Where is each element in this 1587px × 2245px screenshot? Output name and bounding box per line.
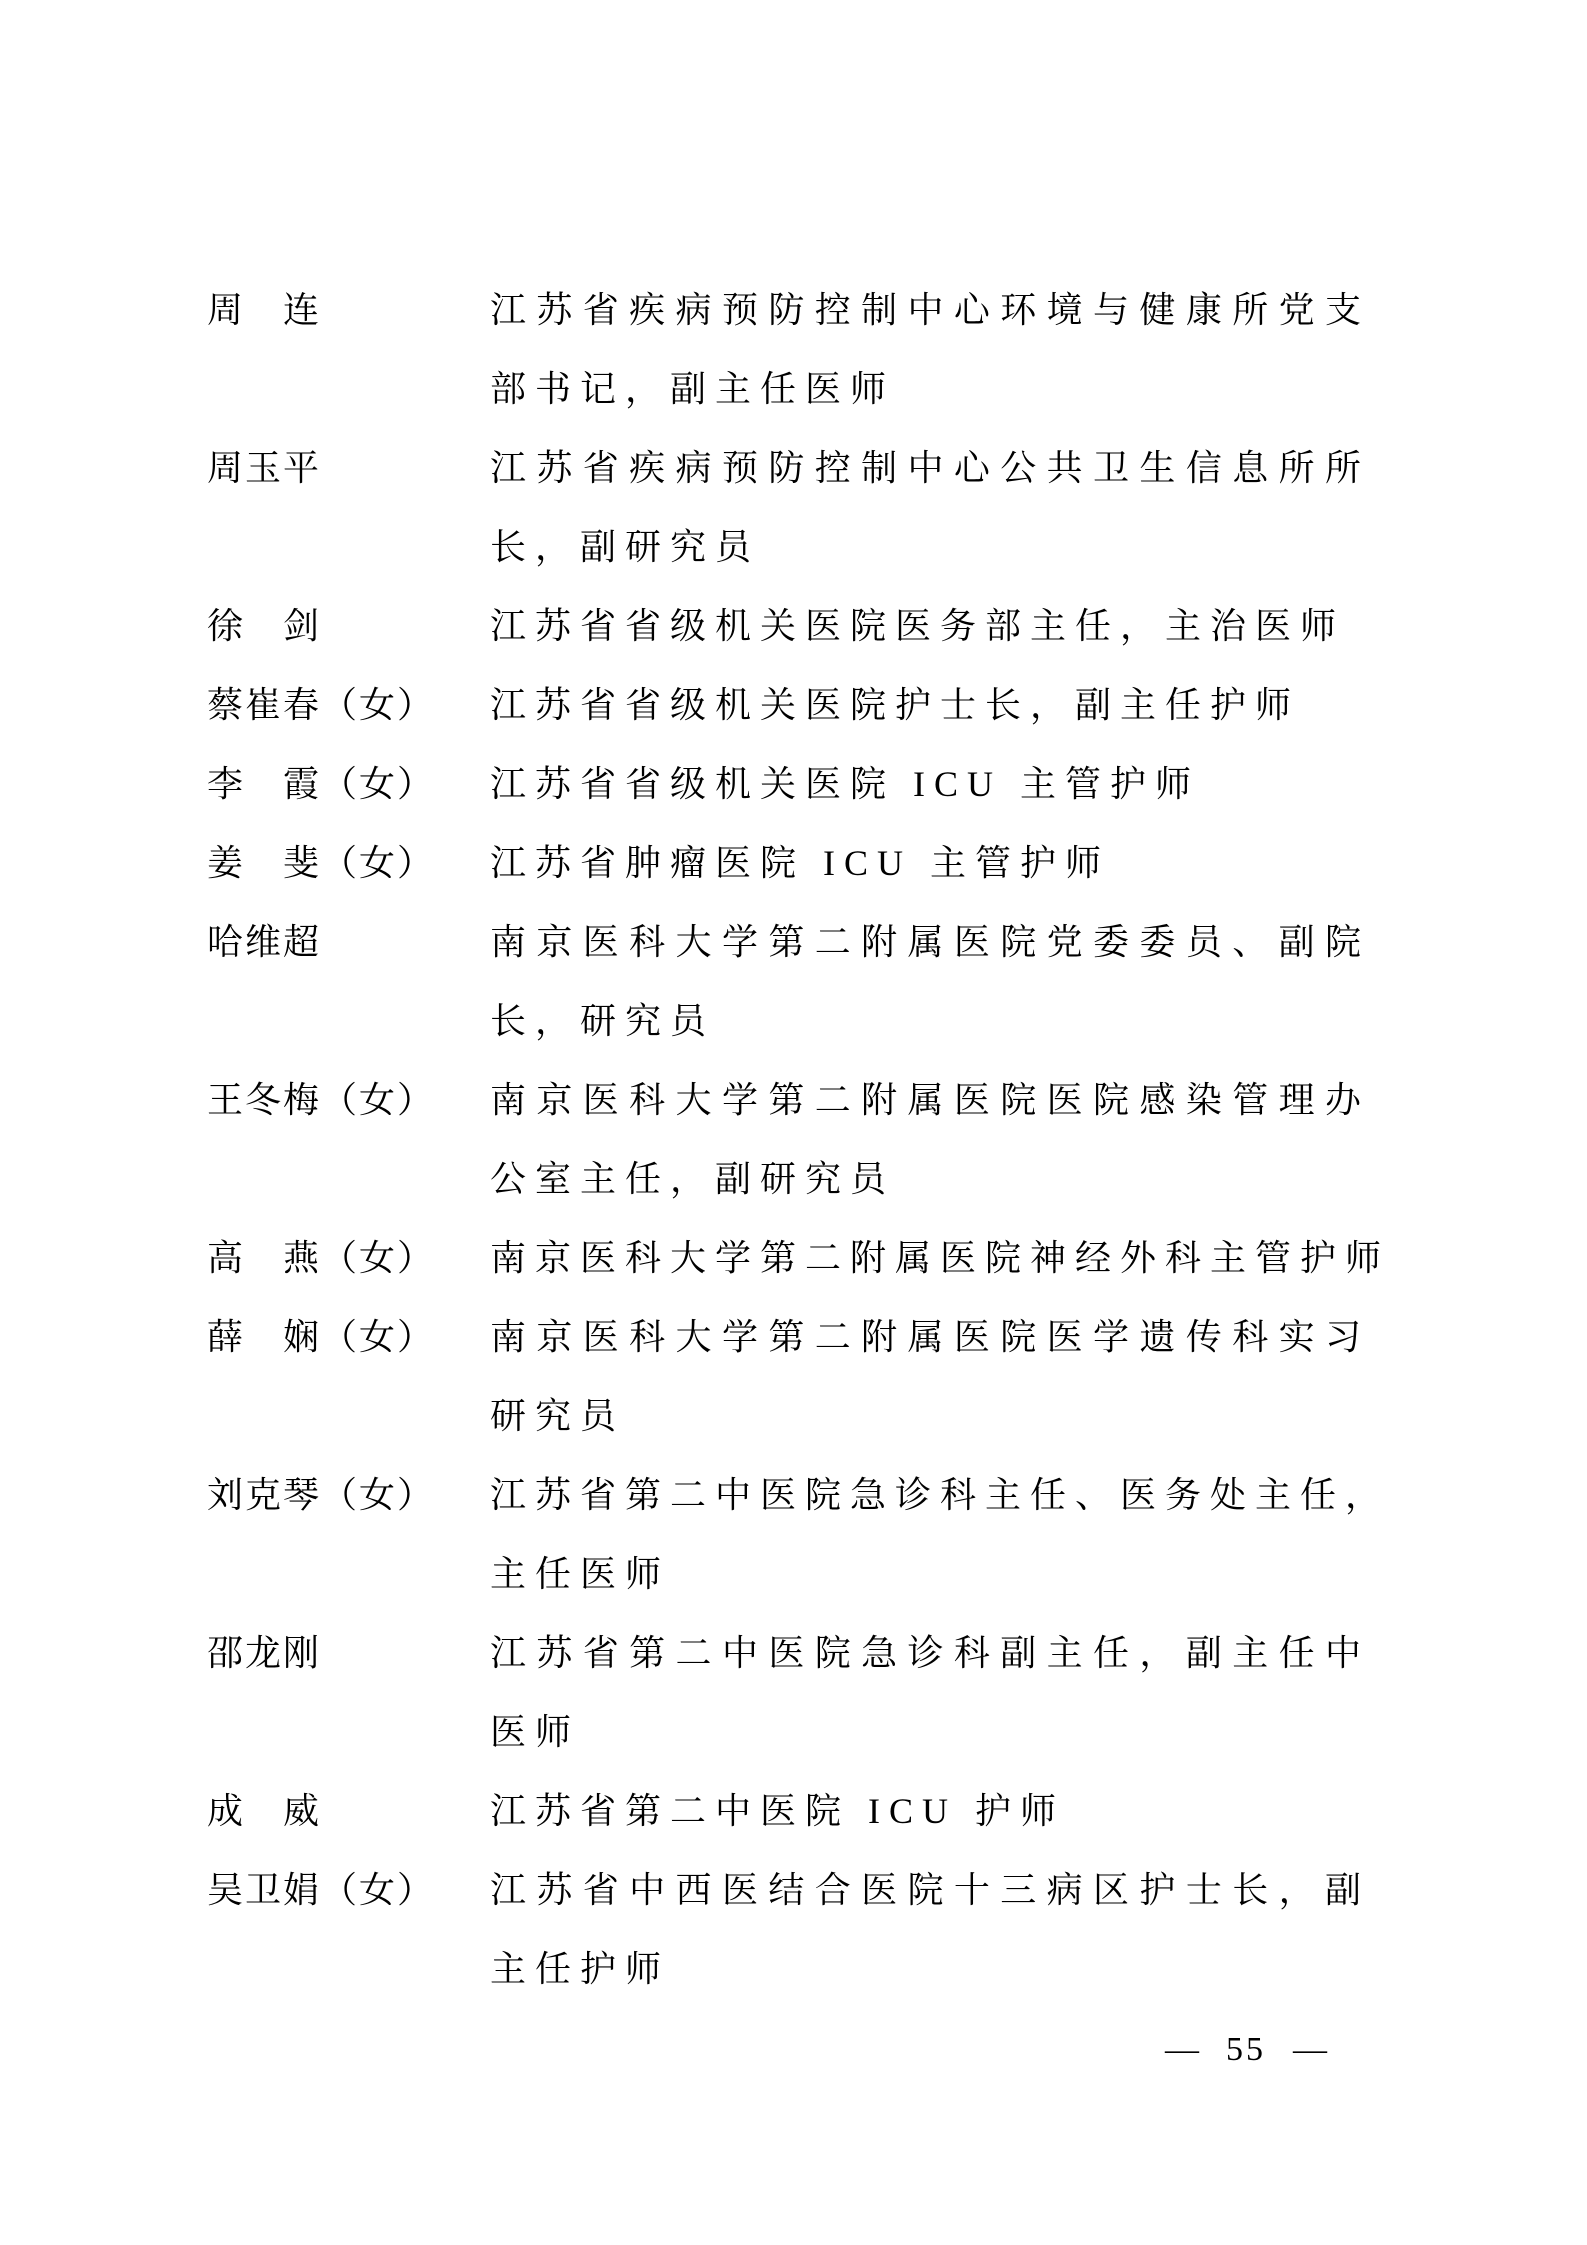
page-number-dash-left: — [1165,2028,1199,2072]
person-title-line: 江苏省第二中医院急诊科主任、医务处主任， [490,1456,1370,1535]
person-title-line: 南京医科大学第二附属医院医学遗传科实习 [490,1298,1370,1377]
person-name: 高 燕（女） [207,1219,490,1298]
person-title-line: 研究员 [490,1377,1370,1456]
list-item: 徐 剑 江苏省省级机关医院医务部主任，主治医师 [207,587,1407,666]
list-item: 吴卫娟（女） 江苏省中西医结合医院十三病区护士长，副主任护师 [207,1851,1407,2009]
person-title-line: 南京医科大学第二附属医院党委委员、副院 [490,903,1370,982]
person-title: 南京医科大学第二附属医院神经外科主管护师 [490,1219,1370,1298]
person-title-line: 长，研究员 [490,982,1370,1061]
list-item: 周玉平 江苏省疾病预防控制中心公共卫生信息所所长，副研究员 [207,429,1407,587]
person-title-line: 主任医师 [490,1535,1370,1614]
person-title-line: 江苏省省级机关医院 ICU 主管护师 [490,745,1370,824]
person-title: 南京医科大学第二附属医院医院感染管理办公室主任，副研究员 [490,1061,1370,1219]
person-name: 周 连 [207,271,490,350]
person-title-line: 部书记，副主任医师 [490,350,1370,429]
person-name: 王冬梅（女） [207,1061,490,1140]
person-title-line: 长，副研究员 [490,508,1370,587]
page-number-dash-right: — [1293,2028,1327,2072]
person-title: 江苏省第二中医院 ICU 护师 [490,1772,1370,1851]
list-item: 刘克琴（女） 江苏省第二中医院急诊科主任、医务处主任，主任医师 [207,1456,1407,1614]
person-name: 姜 斐（女） [207,824,490,903]
person-name: 吴卫娟（女） [207,1851,490,1930]
person-name: 徐 剑 [207,587,490,666]
person-name: 哈维超 [207,903,490,982]
page-number: —55— [1165,2028,1327,2072]
person-title: 江苏省中西医结合医院十三病区护士长，副主任护师 [490,1851,1370,2009]
person-title: 南京医科大学第二附属医院党委委员、副院长，研究员 [490,903,1370,1061]
person-title-line: 江苏省疾病预防控制中心环境与健康所党支 [490,271,1370,350]
person-title-line: 医师 [490,1693,1370,1772]
person-title-line: 江苏省肿瘤医院 ICU 主管护师 [490,824,1370,903]
person-name: 蔡崔春（女） [207,666,490,745]
person-title-line: 江苏省第二中医院急诊科副主任，副主任中 [490,1614,1370,1693]
person-title-line: 南京医科大学第二附属医院神经外科主管护师 [490,1219,1370,1298]
person-title: 江苏省疾病预防控制中心公共卫生信息所所长，副研究员 [490,429,1370,587]
person-name: 邵龙刚 [207,1614,490,1693]
document-page: 周 连 江苏省疾病预防控制中心环境与健康所党支部书记，副主任医师 周玉平 江苏省… [0,0,1587,2245]
list-item: 蔡崔春（女） 江苏省省级机关医院护士长，副主任护师 [207,666,1407,745]
person-name: 周玉平 [207,429,490,508]
list-item: 李 霞（女） 江苏省省级机关医院 ICU 主管护师 [207,745,1407,824]
list-item: 周 连 江苏省疾病预防控制中心环境与健康所党支部书记，副主任医师 [207,271,1407,429]
list-item: 姜 斐（女） 江苏省肿瘤医院 ICU 主管护师 [207,824,1407,903]
person-title-line: 江苏省省级机关医院护士长，副主任护师 [490,666,1370,745]
person-title: 江苏省省级机关医院 ICU 主管护师 [490,745,1370,824]
person-name: 李 霞（女） [207,745,490,824]
person-title-line: 江苏省第二中医院 ICU 护师 [490,1772,1370,1851]
person-title-line: 江苏省中西医结合医院十三病区护士长，副 [490,1851,1370,1930]
list-item: 王冬梅（女） 南京医科大学第二附属医院医院感染管理办公室主任，副研究员 [207,1061,1407,1219]
person-title-line: 江苏省疾病预防控制中心公共卫生信息所所 [490,429,1370,508]
person-title: 江苏省省级机关医院医务部主任，主治医师 [490,587,1370,666]
person-name: 薛 娴（女） [207,1298,490,1377]
person-title: 江苏省疾病预防控制中心环境与健康所党支部书记，副主任医师 [490,271,1370,429]
honor-roll-list: 周 连 江苏省疾病预防控制中心环境与健康所党支部书记，副主任医师 周玉平 江苏省… [207,271,1407,2009]
person-name: 成 威 [207,1772,490,1851]
person-title-line: 主任护师 [490,1930,1370,2009]
person-title-line: 南京医科大学第二附属医院医院感染管理办 [490,1061,1370,1140]
person-title: 南京医科大学第二附属医院医学遗传科实习研究员 [490,1298,1370,1456]
person-title: 江苏省肿瘤医院 ICU 主管护师 [490,824,1370,903]
list-item: 高 燕（女） 南京医科大学第二附属医院神经外科主管护师 [207,1219,1407,1298]
list-item: 薛 娴（女） 南京医科大学第二附属医院医学遗传科实习研究员 [207,1298,1407,1456]
person-title: 江苏省第二中医院急诊科主任、医务处主任，主任医师 [490,1456,1370,1614]
person-name: 刘克琴（女） [207,1456,490,1535]
list-item: 哈维超 南京医科大学第二附属医院党委委员、副院长，研究员 [207,903,1407,1061]
person-title-line: 江苏省省级机关医院医务部主任，主治医师 [490,587,1370,666]
list-item: 成 威 江苏省第二中医院 ICU 护师 [207,1772,1407,1851]
person-title: 江苏省省级机关医院护士长，副主任护师 [490,666,1370,745]
page-number-value: 55 [1226,2028,1266,2072]
person-title-line: 公室主任，副研究员 [490,1140,1370,1219]
person-title: 江苏省第二中医院急诊科副主任，副主任中医师 [490,1614,1370,1772]
list-item: 邵龙刚 江苏省第二中医院急诊科副主任，副主任中医师 [207,1614,1407,1772]
